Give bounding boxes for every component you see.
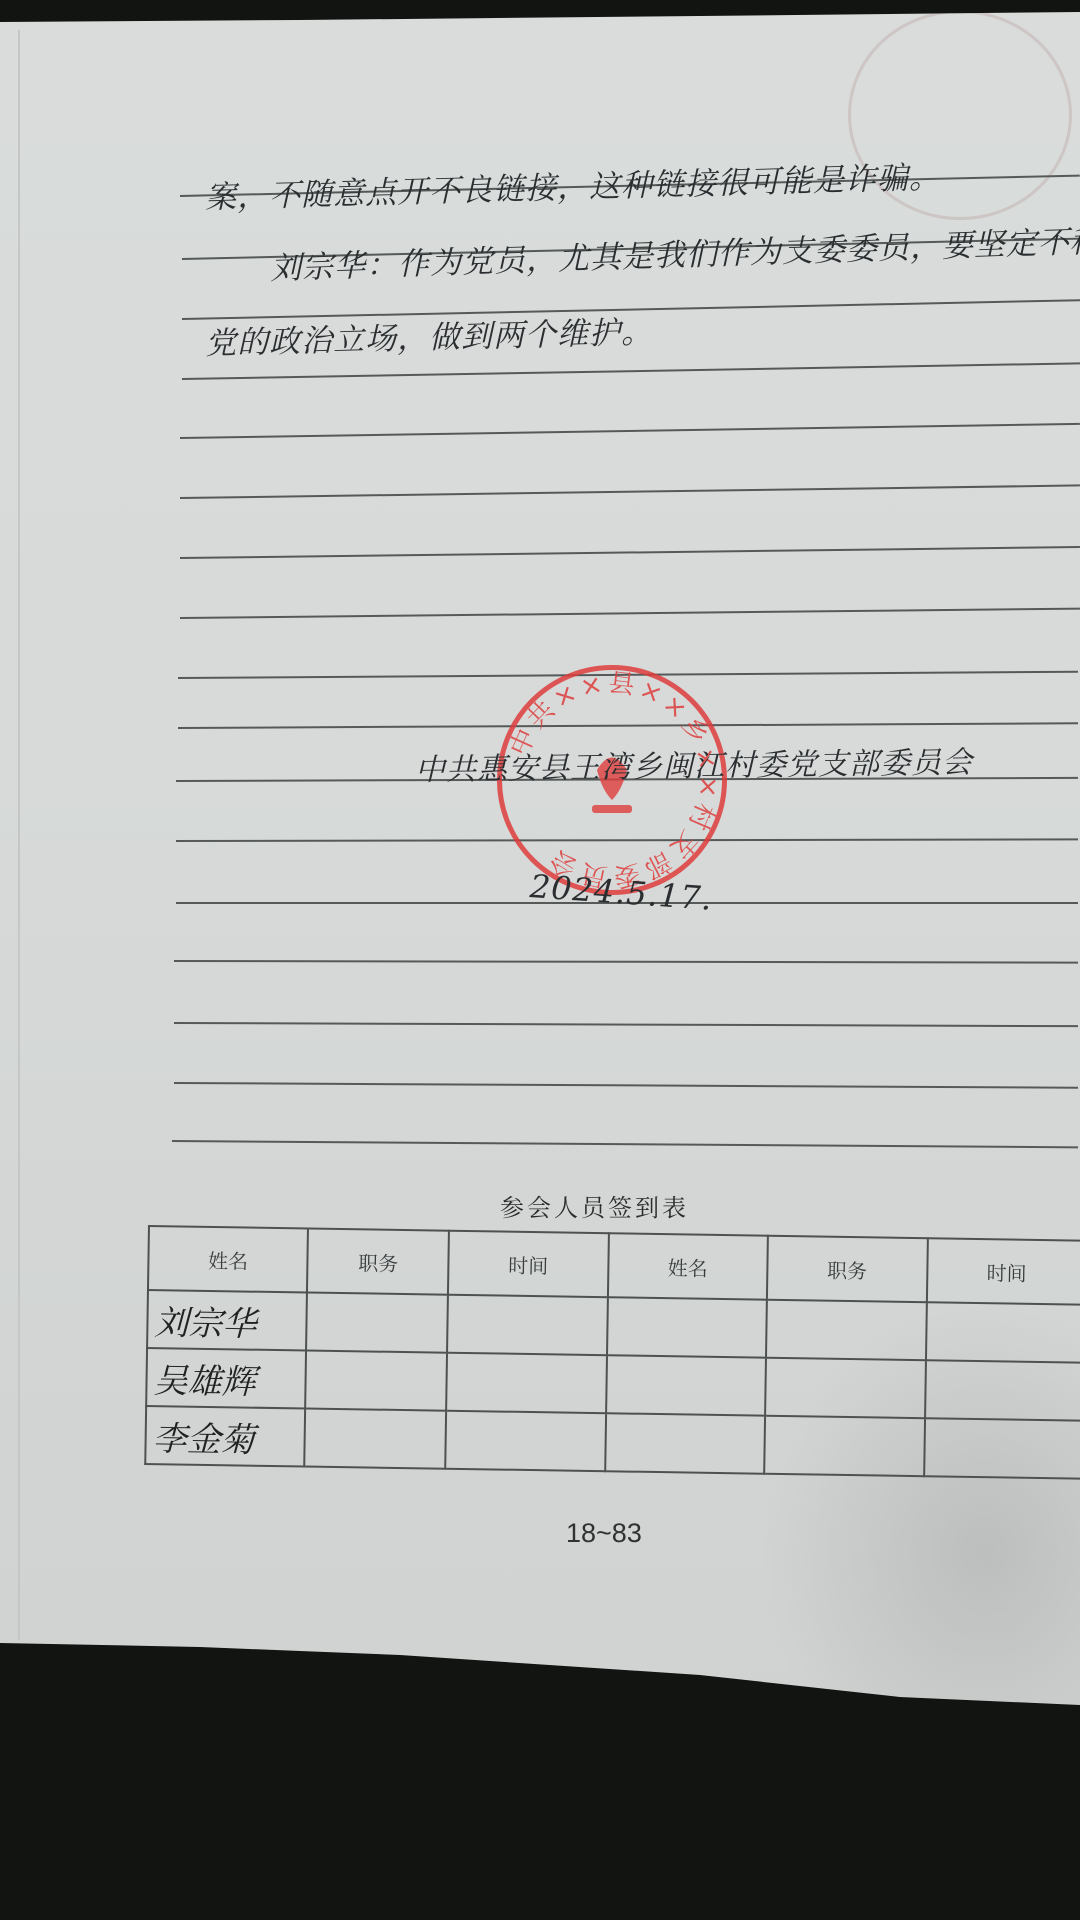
header-name-1: 姓名 — [148, 1226, 308, 1292]
table-cell — [445, 1411, 605, 1471]
ruled-line — [180, 608, 1080, 619]
signin-table: 姓名 职务 时间 姓名 职务 时间 刘宗华 吴雄辉 — [144, 1225, 1080, 1480]
table-cell — [764, 1416, 924, 1476]
table-cell — [766, 1300, 926, 1360]
table-cell — [765, 1358, 925, 1418]
minutes-line-1: 案，不随意点开不良链接，这种链接很可能是诈骗。 — [204, 151, 941, 217]
ruled-line — [174, 960, 1078, 964]
table-cell — [306, 1351, 448, 1411]
signin-table-title: 参会人员签到表 — [500, 1188, 689, 1223]
ruled-line — [174, 1022, 1078, 1027]
page-number: 18~83 — [566, 1518, 642, 1549]
ruled-line — [180, 423, 1080, 439]
attendee-signature: 刘宗华 — [147, 1290, 307, 1350]
header-time-2: 时间 — [926, 1238, 1080, 1304]
page-binding-edge — [18, 30, 20, 1640]
table-cell — [305, 1408, 447, 1468]
minutes-line-2: 刘宗华：作为党员，尤其是我们作为支委委员，要坚定不移，维护 — [269, 212, 1080, 288]
ruled-line — [180, 484, 1080, 499]
header-position-1: 职务 — [307, 1229, 449, 1295]
table-cell — [446, 1353, 606, 1413]
table-cell — [606, 1355, 766, 1415]
ruled-line — [174, 1082, 1078, 1089]
table-cell — [447, 1295, 607, 1355]
header-name-2: 姓名 — [608, 1233, 768, 1299]
table-cell — [607, 1297, 767, 1357]
ruled-line — [180, 546, 1080, 559]
attendee-signature: 李金菊 — [145, 1406, 305, 1466]
ruled-line — [182, 362, 1080, 380]
table-cell — [605, 1413, 765, 1473]
table-cell — [925, 1360, 1080, 1420]
minutes-line-3: 党的政治立场，做到两个维护。 — [204, 306, 653, 363]
header-time-1: 时间 — [448, 1231, 608, 1297]
signature-organization: 中共惠安县王湾乡闽江村委党支部委员会 — [415, 737, 974, 789]
header-position-2: 职务 — [767, 1236, 927, 1302]
paper-page: 案，不随意点开不良链接，这种链接很可能是诈骗。 刘宗华：作为党员，尤其是我们作为… — [0, 0, 1080, 1920]
table-cell — [307, 1293, 449, 1353]
ruled-line — [172, 1140, 1078, 1148]
table-cell — [924, 1418, 1080, 1478]
table-cell — [925, 1302, 1080, 1362]
attendee-signature: 吴雄辉 — [146, 1348, 306, 1408]
